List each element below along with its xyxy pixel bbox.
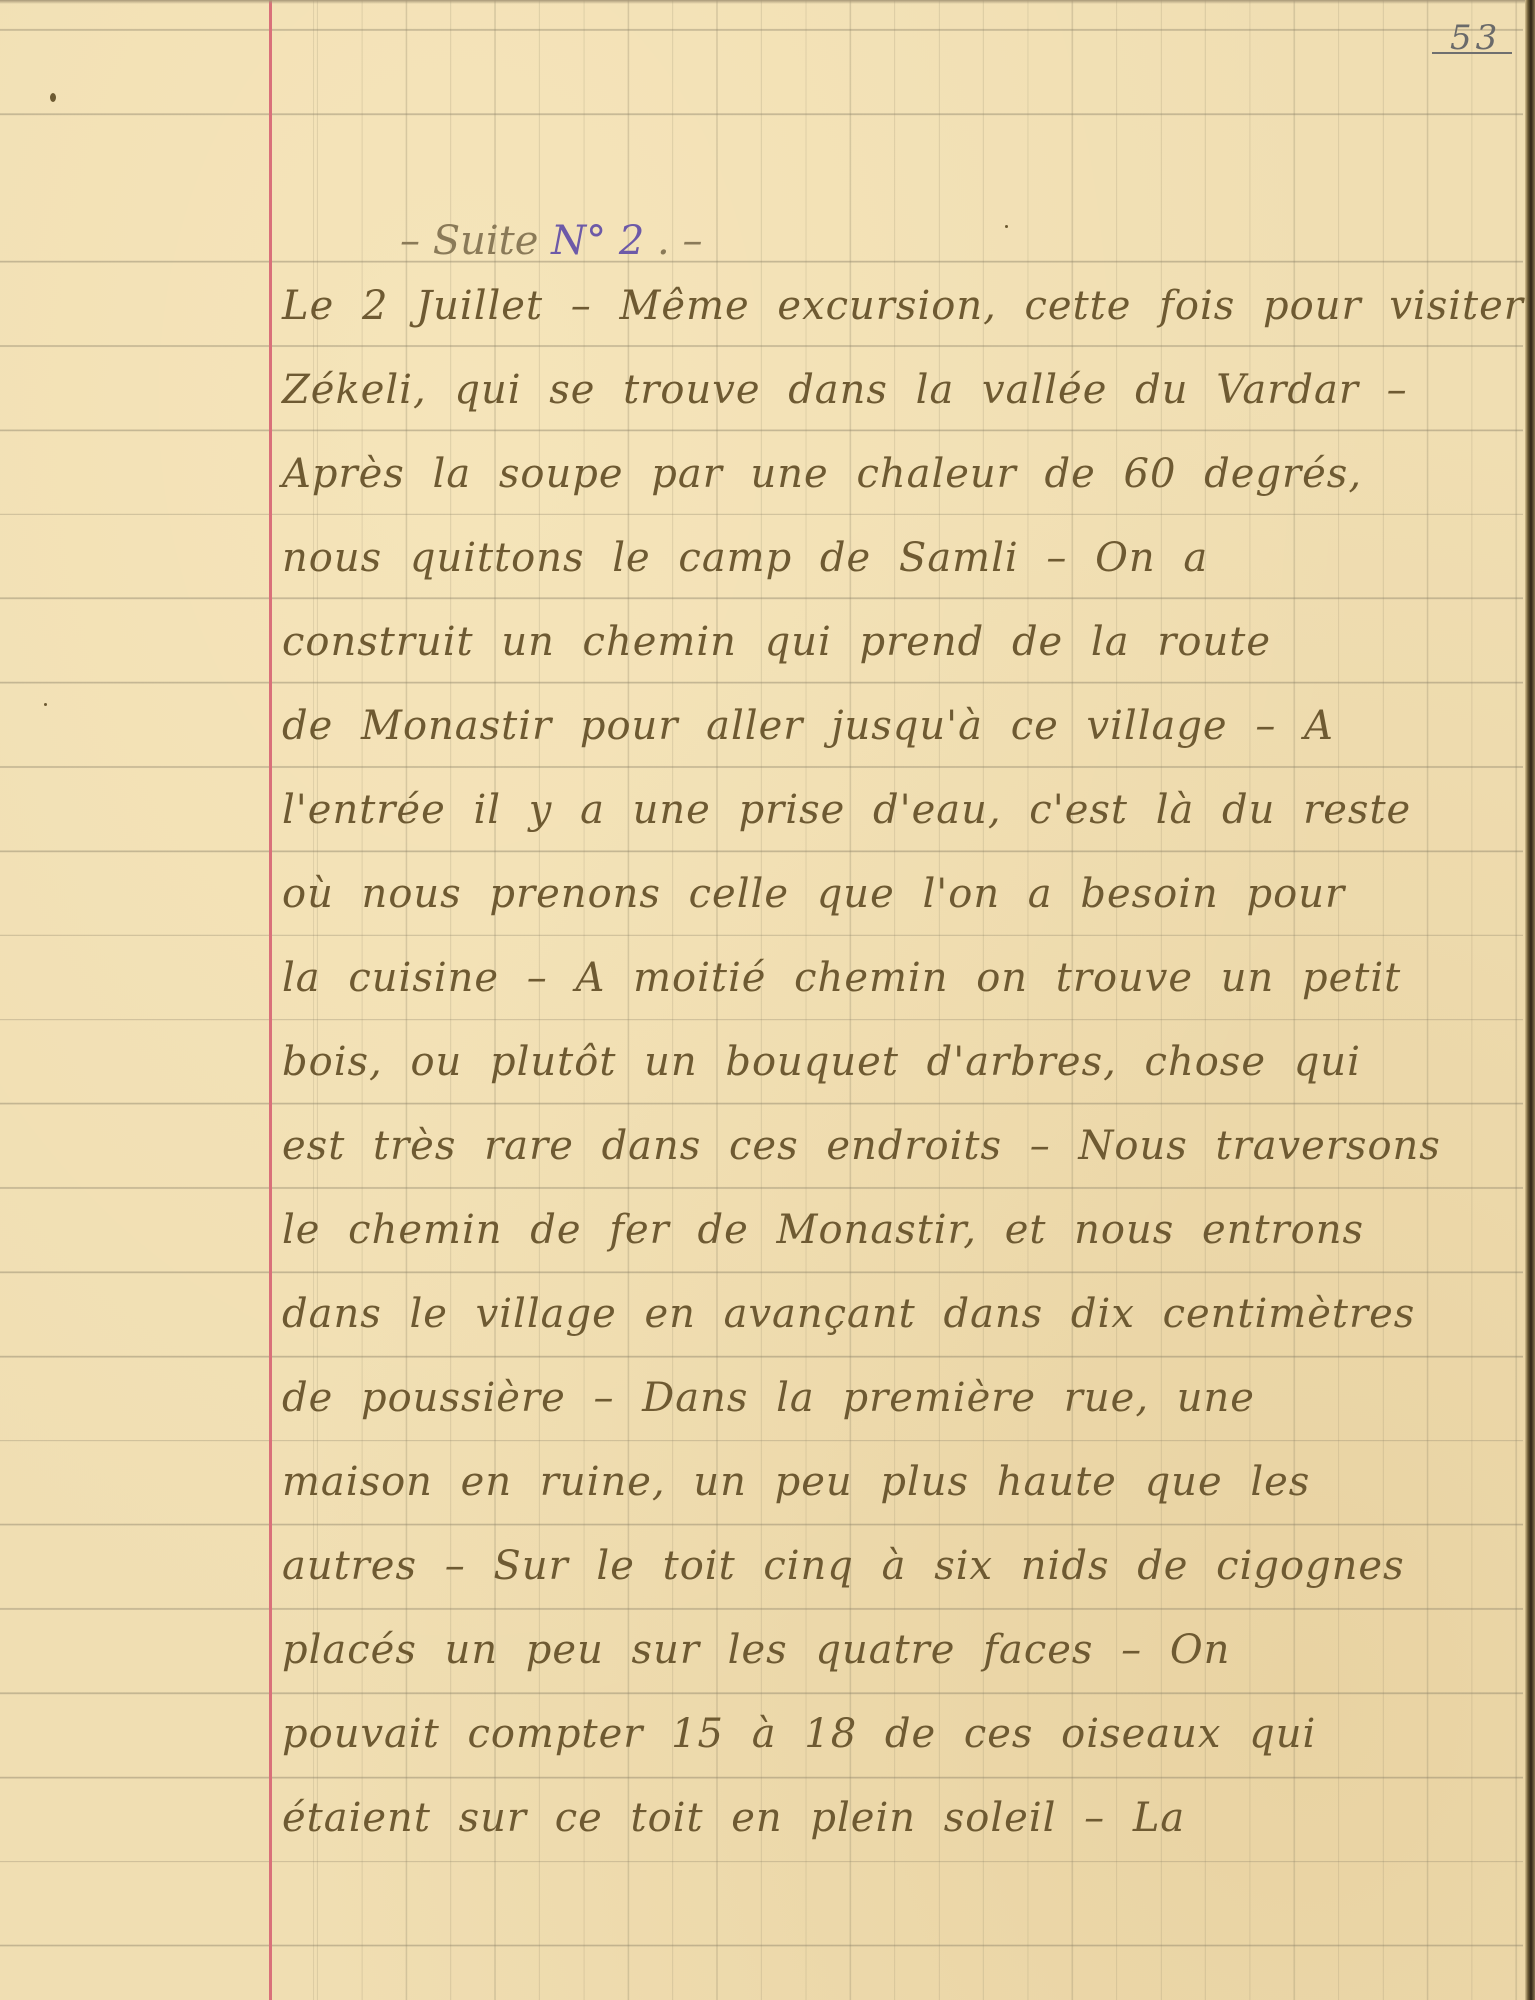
text-line: Zékeli, qui se trouve dans la vallée du … [282, 367, 1408, 413]
ink-speck [44, 703, 47, 706]
heading-suffix: . – [657, 218, 702, 264]
page-number-underline [1432, 52, 1512, 54]
text-line: le chemin de fer de Monastir, et nous en… [282, 1207, 1364, 1253]
section-heading: – Suite N° 2 . – [400, 218, 702, 264]
text-line: pouvait compter 15 à 18 de ces oiseaux q… [282, 1711, 1316, 1757]
text-line: la cuisine – A moitié chemin on trouve u… [282, 955, 1401, 1001]
red-margin-line [269, 0, 272, 2000]
ink-speck [1005, 225, 1008, 228]
ink-speck [50, 93, 56, 102]
text-line: étaient sur ce toit en plein soleil – La [282, 1795, 1185, 1841]
text-line: dans le village en avançant dans dix cen… [282, 1291, 1415, 1337]
heading-number: N° 2 [551, 218, 644, 264]
top-page-edge [0, 0, 1535, 4]
text-line: nous quittons le camp de Samli – On a [282, 535, 1208, 581]
text-line: où nous prenons celle que l'on a besoin … [282, 871, 1345, 917]
text-line: autres – Sur le toit cinq à six nids de … [282, 1543, 1405, 1589]
right-page-edge [1525, 0, 1535, 2000]
text-line: construit un chemin qui prend de la rout… [282, 619, 1271, 665]
heading-prefix: – Suite [400, 218, 538, 264]
text-line: Le 2 Juillet – Même excursion, cette foi… [282, 283, 1524, 329]
text-line: Après la soupe par une chaleur de 60 deg… [282, 451, 1362, 497]
text-line: placés un peu sur les quatre faces – On [282, 1627, 1230, 1673]
text-line: maison en ruine, un peu plus haute que l… [282, 1459, 1310, 1505]
text-line: bois, ou plutôt un bouquet d'arbres, cho… [282, 1039, 1361, 1085]
text-line: est très rare dans ces endroits – Nous t… [282, 1123, 1441, 1169]
text-line: de poussière – Dans la première rue, une [282, 1375, 1255, 1421]
notebook-page: 53 – Suite N° 2 . – Le 2 Juillet – Même … [0, 0, 1535, 2000]
text-line: l'entrée il y a une prise d'eau, c'est l… [282, 787, 1411, 833]
text-line: de Monastir pour aller jusqu'à ce villag… [282, 703, 1334, 749]
